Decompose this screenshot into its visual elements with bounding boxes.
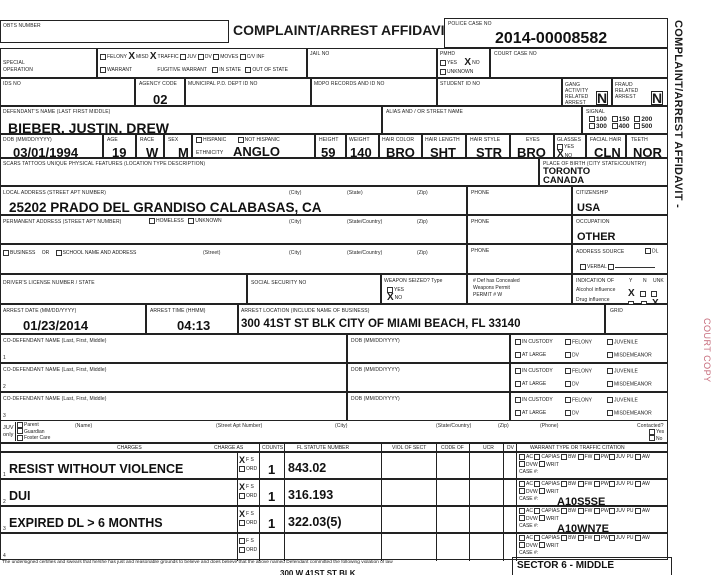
felony-checkbox[interactable]: FELONY <box>100 54 127 60</box>
dv-status-checkbox[interactable]: DV <box>565 352 579 358</box>
scars-tattoos-field[interactable]: SCARS TATTOOS UNIQUE PHYSICAL FEATURES (… <box>0 158 539 186</box>
municipal-id-field[interactable]: MUNICIPAL P.D. DEPT ID NO <box>185 78 311 106</box>
in-custody-checkbox[interactable]: IN CUSTODY <box>515 339 553 345</box>
jail-label: JAIL NO <box>310 51 329 57</box>
local-address-field[interactable]: LOCAL ADDRESS (Street Apt Number) (City)… <box>0 186 467 215</box>
unknown-checkbox[interactable]: UNKNOWN <box>188 218 221 224</box>
at-large-checkbox[interactable]: AT LARGE <box>515 381 546 387</box>
facial-hair-field[interactable]: FACIAL HAIR CLN <box>586 134 626 158</box>
juvenile-contact-field[interactable]: JUVonly Parent Guardian Foster Care (Nam… <box>0 420 668 443</box>
teeth-field[interactable]: TEETH NOR <box>626 134 668 158</box>
operation-label: OPERATION <box>3 67 33 73</box>
height-field[interactable]: HEIGHT 59 <box>315 134 346 158</box>
charge-row: 1 RESIST WITHOUT VIOLENCE XF S ORD 1 843… <box>0 452 668 479</box>
fs-checkbox[interactable]: XF S <box>239 457 254 463</box>
warrant-type-checkboxes[interactable]: AC CAPIAS BW FW PWJUV PU AW <box>519 481 650 487</box>
ethnicity-field[interactable]: Hispanic Not Hispanic ETHNICITY ANGLO <box>192 134 315 158</box>
arrest-location-value: 300 41ST ST BLK CITY OF MIAMI BEACH, FL … <box>241 318 520 330</box>
citizenship-field[interactable]: CITIZENSHIP USA <box>572 186 668 215</box>
side-title: COMPLAINT/ARREST AFFIDAVIT - <box>672 20 684 208</box>
warrant-type-checkboxes[interactable]: AC CAPIAS BW FW PWJUV PU AW <box>519 535 650 541</box>
moves-checkbox[interactable]: MOVES <box>213 54 238 60</box>
pmhd-yes-checkbox[interactable]: Yes <box>440 60 457 66</box>
business-checkbox[interactable]: BUSINESS <box>3 250 35 256</box>
partial-location-line: 300 W 41ST ST BLK <box>280 569 356 575</box>
felony-status-checkbox[interactable]: FELONY <box>565 397 592 403</box>
not-hispanic-checkbox[interactable]: Not Hispanic <box>238 137 280 143</box>
charge-statute: 322.03(5) <box>288 515 342 529</box>
hair-color-field[interactable]: HAIR COLOR BRO <box>379 134 422 158</box>
signal-150-checkbox[interactable]: 150 <box>612 116 630 123</box>
ord-checkbox[interactable]: ORD <box>239 547 257 553</box>
special-operation-field[interactable]: SPECIAL OPERATION <box>0 48 97 78</box>
fs-checkbox[interactable]: XF S <box>239 484 254 490</box>
agency-code-field[interactable]: AGENCY CODE 02 <box>135 78 185 106</box>
signal-300-checkbox[interactable]: 300 <box>589 123 607 130</box>
drivers-license-field[interactable]: DRIVER'S LICENSE NUMBER / STATE <box>0 274 247 304</box>
citizenship-value: USA <box>577 202 600 214</box>
signal-100-checkbox[interactable]: 100 <box>589 116 607 123</box>
ssn-field[interactable]: SOCIAL SECURITY NO <box>247 274 381 304</box>
occupation-value: OTHER <box>577 231 616 243</box>
codefendant-name-field[interactable]: CO-DEFENDANT NAME (Last, First, Middle) … <box>0 392 347 421</box>
charge-description: EXPIRED DL > 6 MONTHS <box>9 516 163 530</box>
ids-no-field[interactable]: IDS NO <box>0 78 135 106</box>
codefendant-status-field: IN CUSTODY FELONY JUVENILE AT LARGE DV M… <box>510 392 668 421</box>
verbal-checkbox[interactable]: Verbal <box>580 264 607 270</box>
juv-checkbox[interactable]: JUV <box>180 54 196 60</box>
warrant-type-checkboxes[interactable]: AC CAPIAS BW FW PWJUV PU AW <box>519 454 650 460</box>
charge-counts: 1 <box>268 516 275 531</box>
agency-code-value: 02 <box>153 92 167 107</box>
dv-status-checkbox[interactable]: DV <box>565 381 579 387</box>
pmhd-field: PMHD Yes XNo Unknown <box>437 48 490 78</box>
warrant-checkbox[interactable]: WARRANT <box>100 67 132 73</box>
address-source-field: ADDRESS SOURCE DL Verbal <box>572 244 668 274</box>
misd-checkbox[interactable]: XMISD <box>128 54 148 60</box>
cvinf-checkbox[interactable]: C/V INF <box>240 54 265 60</box>
police-case-field[interactable]: POLICE CASE NO 2014-00008582 <box>444 18 668 48</box>
obts-label: OBTS NUMBER <box>3 23 41 29</box>
local-phone-field[interactable]: PHONE <box>467 186 572 215</box>
dob-field[interactable]: DOB (MM/DD/YYYY) 03/01/1994 <box>0 134 103 158</box>
alias-field[interactable]: ALIAS and / or STREET NAME <box>382 106 582 134</box>
special-label: SPECIAL <box>3 60 25 66</box>
at-large-checkbox[interactable]: AT LARGE <box>515 352 546 358</box>
fraud-related-value: N <box>651 91 663 105</box>
in-custody-checkbox[interactable]: IN CUSTODY <box>515 368 553 374</box>
police-case-value: 2014-00008582 <box>495 30 607 48</box>
felony-status-checkbox[interactable]: FELONY <box>565 368 592 374</box>
ord-checkbox[interactable]: ORD <box>239 466 257 472</box>
codefendant-status-field: IN CUSTODY FELONY JUVENILE AT LARGE DV M… <box>510 334 668 363</box>
business-school-address-field[interactable]: BUSINESS OR SCHOOL NAME AND ADDRESS (Str… <box>0 244 467 274</box>
ord-checkbox[interactable]: ORD <box>239 520 257 526</box>
pmhd-no-checkbox[interactable]: XNo <box>464 60 479 66</box>
indication-field: INDICATION OF Y N UNK Alcohol influence … <box>572 274 668 304</box>
hispanic-checkbox[interactable]: Hispanic <box>196 137 226 143</box>
charge-row: 4 F S ORD AC CAPIAS BW FW PWJUV PU AW DV… <box>0 533 668 560</box>
charge-description: DUI <box>9 489 31 503</box>
occupation-field[interactable]: OCCUPATION OTHER <box>572 215 668 244</box>
form-title: COMPLAINT/ARREST AFFIDAVIT <box>233 22 453 38</box>
traffic-checkbox[interactable]: XTRAFFIC <box>150 54 179 60</box>
charge-row: 2 DUI XF S ORD 1 316.193 AC CAPIAS BW FW… <box>0 479 668 506</box>
police-case-label: POLICE CASE NO <box>448 21 492 27</box>
certification-text: The undersigned certifies and swears tha… <box>2 560 393 565</box>
juvenile-checkbox[interactable]: JUVENILE <box>607 397 638 403</box>
in-state-checkbox[interactable]: In state <box>212 67 241 73</box>
place-of-birth-field[interactable]: PLACE OF BIRTH (City State/Country) TORO… <box>539 158 668 186</box>
signal-200-checkbox[interactable]: 200 <box>634 116 652 123</box>
jail-no-field[interactable]: JAIL NO <box>307 48 437 78</box>
school-checkbox[interactable]: SCHOOL NAME AND ADDRESS <box>56 250 137 256</box>
fs-checkbox[interactable]: XF S <box>239 511 254 517</box>
misdemeanor-checkbox[interactable]: MISDEMEANOR <box>607 352 652 358</box>
grid-field[interactable]: GRID <box>605 304 668 334</box>
weight-field[interactable]: WEIGHT 140 <box>346 134 379 158</box>
court-copy-stamp: COURT COPY <box>702 318 712 383</box>
arrest-time-field[interactable]: ARREST TIME (HHMM) 04:13 <box>146 304 238 334</box>
fs-checkbox[interactable]: F S <box>239 538 254 544</box>
codefendant-name-field[interactable]: CO-DEFENDANT NAME (Last, First, Middle) … <box>0 363 347 392</box>
fraud-related-field[interactable]: FRAUD RELATED ARREST N <box>612 78 668 106</box>
offense-type-checkboxes: FELONY XMISD XTRAFFIC JUV DV MOVES C/V I… <box>97 48 307 78</box>
defendant-name-field[interactable]: DEFENDANT'S NAME (LAST FIRST MIDDLE) BIE… <box>0 106 382 134</box>
codefendant-status-field: IN CUSTODY FELONY JUVENILE AT LARGE DV M… <box>510 363 668 392</box>
arrest-date-field[interactable]: ARREST DATE (MM/DD/YYYY) 01/23/2014 <box>0 304 146 334</box>
eyes-field[interactable]: EYES BRO <box>510 134 554 158</box>
foster-care-checkbox[interactable]: Foster Care <box>17 435 50 441</box>
arrest-time-value: 04:13 <box>177 318 210 333</box>
charge-statute: 843.02 <box>288 461 326 475</box>
hair-length-field[interactable]: HAIR LENGTH SHT <box>422 134 466 158</box>
dv-checkbox[interactable]: DV <box>198 54 212 60</box>
mdpo-records-field[interactable]: MDPO RECORDS AND ID NO <box>311 78 437 106</box>
arrest-date-value: 01/23/2014 <box>23 318 88 333</box>
sex-field[interactable]: SEX M <box>164 134 192 158</box>
codefendant-dob-field[interactable]: DOB (MM/DD/YYYY) <box>347 392 510 421</box>
pmhd-unknown-checkbox[interactable]: Unknown <box>440 69 473 75</box>
dl-checkbox[interactable]: DL <box>645 248 658 254</box>
business-phone-field[interactable]: PHONE <box>467 244 572 274</box>
juvenile-checkbox[interactable]: JUVENILE <box>607 339 638 345</box>
juvenile-checkbox[interactable]: JUVENILE <box>607 368 638 374</box>
weapon-seized-field: WEAPON SEIZED? Type Yes XNo <box>381 274 467 304</box>
misdemeanor-checkbox[interactable]: MISDEMEANOR <box>607 381 652 387</box>
dv-status-checkbox[interactable]: DV <box>565 410 579 416</box>
local-address-value: 25202 PRADO DEL GRANDISO CALABASAS, CA <box>9 200 322 215</box>
fugitive-label: FUGITIVE WARRANT <box>157 67 206 73</box>
court-case-field[interactable]: COURT CASE NO <box>490 48 668 78</box>
warrant-type-checkboxes[interactable]: AC CAPIAS BW FW PWJUV PU AW <box>519 508 650 514</box>
court-case-label: COURT CASE NO <box>494 51 537 57</box>
gang-activity-value: N <box>596 91 608 105</box>
sector-value: SECTOR 6 - MIDDLE <box>517 560 614 571</box>
weapon-no-checkbox[interactable]: XNo <box>387 295 402 301</box>
pob-value: TORONTOCANADA <box>543 167 590 185</box>
obts-number-field[interactable]: OBTS NUMBER <box>0 20 229 43</box>
codefendant-name-field[interactable]: CO-DEFENDANT NAME (Last, First, Middle) … <box>0 334 347 363</box>
glasses-field: GLASSES Yes XNo <box>554 134 586 158</box>
charge-statute: 316.193 <box>288 488 333 502</box>
student-id-field[interactable]: STUDENT ID NO <box>437 78 562 106</box>
charge-description: RESIST WITHOUT VIOLENCE <box>9 462 183 476</box>
contacted-no-checkbox[interactable]: No <box>649 436 662 442</box>
arrest-location-field[interactable]: ARREST LOCATION (include name of busines… <box>238 304 605 334</box>
race-field[interactable]: RACE W <box>136 134 164 158</box>
charge-counts: 1 <box>268 489 275 504</box>
charge-counts: 1 <box>268 462 275 477</box>
homeless-checkbox[interactable]: HOMELESS <box>149 218 184 224</box>
signal-field: SIGNAL 100 150 200 300 400 500 <box>582 106 668 134</box>
gang-activity-field[interactable]: GANG ACTIVITY RELATED ARREST N <box>562 78 612 106</box>
codefendant-dob-field[interactable]: DOB (MM/DD/YYYY) <box>347 334 510 363</box>
at-large-checkbox[interactable]: AT LARGE <box>515 410 546 416</box>
ord-checkbox[interactable]: ORD <box>239 493 257 499</box>
signal-500-checkbox[interactable]: 500 <box>634 123 652 130</box>
concealed-permit-field[interactable]: # Def has ConcealedWeapons PermitPERMIT … <box>467 274 572 304</box>
misdemeanor-checkbox[interactable]: MISDEMEANOR <box>607 410 652 416</box>
charge-row: 3 EXPIRED DL > 6 MONTHS XF S ORD 1 322.0… <box>0 506 668 533</box>
permanent-phone-field[interactable]: PHONE <box>467 215 572 244</box>
sector-box: SECTOR 6 - MIDDLE <box>512 557 672 575</box>
in-custody-checkbox[interactable]: IN CUSTODY <box>515 397 553 403</box>
permanent-address-field[interactable]: PERMANENT ADDRESS (Street Apt Number) HO… <box>0 215 467 244</box>
signal-400-checkbox[interactable]: 400 <box>612 123 630 130</box>
hair-style-field[interactable]: HAIR STYLE STR <box>466 134 510 158</box>
out-state-checkbox[interactable]: Out of state <box>245 67 288 73</box>
felony-status-checkbox[interactable]: FELONY <box>565 339 592 345</box>
codefendant-dob-field[interactable]: DOB (MM/DD/YYYY) <box>347 363 510 392</box>
age-field[interactable]: AGE 19 <box>103 134 136 158</box>
charges-header: CHARGES CHARGE AS COUNTS FL STATUTE NUMB… <box>0 443 668 452</box>
other-source-checkbox[interactable] <box>608 264 615 270</box>
